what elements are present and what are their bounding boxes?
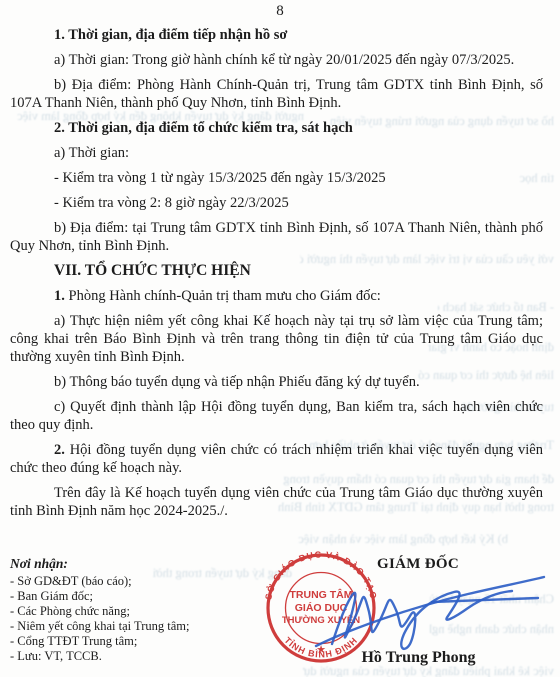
paragraph-text: Phòng Hành chính-Quản trị tham mưu cho G…	[65, 288, 381, 304]
paragraph: a) Thời gian: Trong giờ hành chính kể từ…	[10, 51, 543, 69]
paragraph-lead: 1.	[54, 288, 65, 304]
recipients-title: Nơi nhận:	[10, 556, 282, 572]
paragraph: c) Quyết định thành lập Hội đồng tuyển d…	[10, 398, 543, 434]
paragraph: 1. Phòng Hành chính-Quản trị tham mưu ch…	[10, 287, 543, 305]
document-page: người đăng ký dự tuyển không đến ký hợp …	[0, 0, 560, 677]
paragraph: 2. Hội đồng tuyển dụng viên chức có trác…	[10, 441, 543, 477]
recipient-item: - Sở GD&ĐT (báo cáo);	[10, 574, 282, 589]
paragraph: a) Thời gian:	[10, 144, 543, 162]
paragraph: b) Địa điểm: tại Trung tâm GDTX tỉnh Bìn…	[10, 219, 543, 255]
paragraph: - Kiểm tra vòng 2: 8 giờ ngày 22/3/2025	[10, 194, 543, 212]
heading-text: 1. Thời gian, địa điểm tiếp nhận hồ sơ	[54, 27, 287, 43]
recipient-item: - Các Phòng chức năng;	[10, 604, 282, 619]
paragraph-text: a) Thực hiện niêm yết công khai Kế hoạch…	[10, 313, 543, 365]
paragraph-text: c) Quyết định thành lập Hội đồng tuyển d…	[10, 399, 543, 433]
paragraph-text: - Kiểm tra vòng 2: 8 giờ ngày 22/3/2025	[54, 195, 289, 211]
paragraph-text: Trên đây là Kế hoạch tuyển dụng viên chứ…	[10, 485, 543, 519]
paragraph: - Kiểm tra vòng 1 từ ngày 15/3/2025 đến …	[10, 169, 543, 187]
paragraph-lead: 2.	[54, 442, 65, 458]
page-number: 8	[0, 3, 560, 20]
recipient-item: - Niêm yết công khai tại Trung tâm;	[10, 619, 282, 634]
document-body: 1. Thời gian, địa điểm tiếp nhận hồ sơ a…	[10, 26, 543, 527]
paragraph-text: a) Thời gian: Trong giờ hành chính kể từ…	[54, 52, 514, 68]
paragraph: b) Địa điểm: Phòng Hành Chính-Quản trị, …	[10, 76, 543, 112]
paragraph-text: b) Địa điểm: Phòng Hành Chính-Quản trị, …	[10, 77, 543, 111]
signature-scribble	[288, 560, 550, 662]
paragraph-text: b) Địa điểm: tại Trung tâm GDTX tỉnh Bìn…	[10, 220, 543, 254]
closing-paragraph: Trên đây là Kế hoạch tuyển dụng viên chứ…	[10, 484, 543, 520]
section-heading: 2. Thời gian, địa điểm tổ chức kiểm tra,…	[10, 119, 543, 137]
paragraph: b) Thông báo tuyển dụng và tiếp nhận Phi…	[10, 373, 543, 391]
paragraph-text: a) Thời gian:	[54, 145, 129, 161]
paragraph: a) Thực hiện niêm yết công khai Kế hoạch…	[10, 312, 543, 366]
recipient-item: - Ban Giám đốc;	[10, 589, 282, 604]
paragraph-text: b) Thông báo tuyển dụng và tiếp nhận Phi…	[54, 374, 420, 390]
signature-flourish	[316, 577, 544, 646]
paragraph-text: Hội đồng tuyển dụng viên chức có trách n…	[10, 442, 543, 476]
heading-text: 2. Thời gian, địa điểm tổ chức kiểm tra,…	[54, 120, 353, 136]
section-heading: 1. Thời gian, địa điểm tiếp nhận hồ sơ	[10, 26, 543, 44]
recipient-item: - Cổng TTĐT Trung tâm;	[10, 634, 282, 649]
bleed-through-text: b) Ký kết hợp đồng làm việc và nhận việc	[248, 532, 508, 547]
heading-text: VII. TỔ CHỨC THỰC HIỆN	[54, 262, 251, 279]
paragraph-text: - Kiểm tra vòng 1 từ ngày 15/3/2025 đến …	[54, 170, 386, 186]
recipient-item: - Lưu: VT, TCCB.	[10, 649, 282, 664]
chapter-heading: VII. TỔ CHỨC THỰC HIỆN	[10, 262, 543, 280]
recipients-block: Nơi nhận: - Sở GD&ĐT (báo cáo); - Ban Gi…	[10, 556, 282, 664]
